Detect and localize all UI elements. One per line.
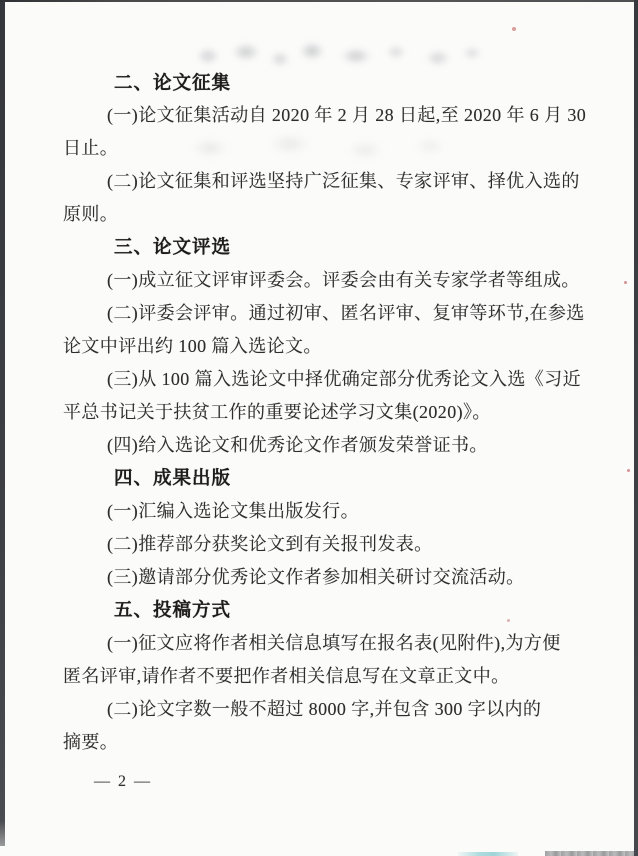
scanner-edge-right [634, 0, 638, 856]
section-heading-2: 二、论文征集 [114, 73, 231, 93]
section-heading-4: 四、成果出版 [114, 468, 231, 488]
page-number: — 2 — [94, 772, 152, 792]
scanner-artifact-gray-strip [545, 851, 634, 856]
paragraph-line: (一)论文征集活动自 2020 年 2 月 28 日起,至 2020 年 6 月… [107, 105, 586, 125]
paragraph-line: 匿名评审,请作者不要把作者相关信息写在文章正文中。 [63, 666, 510, 686]
paragraph-line: (二)论文字数一般不超过 8000 字,并包含 300 字以内的 [107, 699, 541, 719]
bleedthrough-artifact-mid [150, 126, 480, 166]
red-speck-artifact [507, 619, 510, 622]
scanner-artifact-cyan-strip [458, 852, 518, 856]
paragraph-line: (一)汇编入选论文集出版发行。 [107, 501, 359, 521]
paragraph-line: 原则。 [63, 204, 118, 224]
scanned-document-page: 二、论文征集 (一)论文征集活动自 2020 年 2 月 28 日起,至 202… [0, 0, 638, 856]
scanner-edge-left [0, 0, 5, 846]
paragraph-line: (一)征文应将作者相关信息填写在报名表(见附件),为方便 [107, 633, 561, 653]
red-speck-artifact [512, 27, 516, 31]
paragraph-line: (三)从 100 篇入选论文中择优确定部分优秀论文入选《习近 [107, 369, 581, 389]
scanner-edge-top [0, 0, 638, 2]
paragraph-line: (二)论文征集和评选坚持广泛征集、专家评审、择优入选的 [107, 171, 580, 191]
red-speck-artifact [627, 469, 630, 472]
paragraph-line: (四)给入选论文和优秀论文作者颁发荣誉证书。 [107, 435, 488, 455]
paragraph-line: 平总书记关于扶贫工作的重要论述学习文集(2020)》。 [63, 402, 491, 422]
paragraph-line: (三)邀请部分优秀论文作者参加相关研讨交流活动。 [107, 567, 525, 587]
paragraph-line: (二)推荐部分获奖论文到有关报刊发表。 [107, 534, 433, 554]
paragraph-line: 摘要。 [63, 732, 118, 752]
paragraph-line: 论文中评出约 100 篇入选论文。 [63, 336, 322, 356]
paragraph-line: 日止。 [63, 138, 118, 158]
paragraph-line: (二)评委会评审。通过初审、匿名评审、复审等环节,在参选 [107, 303, 585, 323]
section-heading-5: 五、投稿方式 [114, 600, 231, 620]
section-heading-3: 三、论文评选 [114, 237, 231, 257]
paragraph-line: (一)成立征文评审评委会。评委会由有关专家学者等组成。 [107, 270, 580, 290]
red-speck-artifact [624, 281, 627, 284]
